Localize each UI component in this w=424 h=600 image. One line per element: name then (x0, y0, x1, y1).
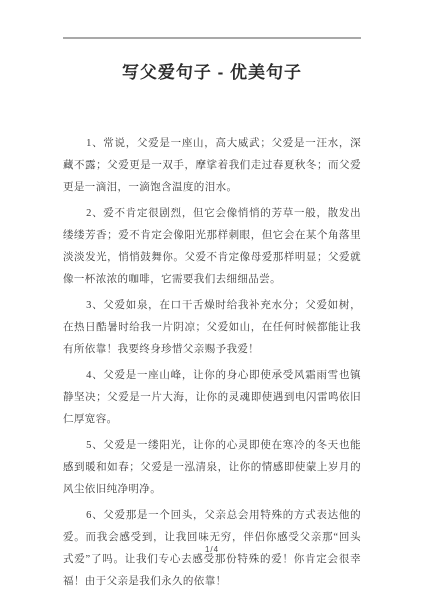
page-title: 写父爱句子 - 优美句子 (40, 60, 384, 86)
paragraph: 3、父爱如泉，在口干舌燥时给我补充水分；父爱如树，在热日酷暑时给我一片阴凉；父爱… (63, 295, 361, 361)
document-page: 写父爱句子 - 优美句子 1、常说，父爱是一座山，高大威武；父爱是一汪水，深藏不… (0, 0, 424, 600)
top-divider (63, 37, 361, 39)
paragraph: 2、爱不肯定很剧烈，但它会像悄悄的芳草一般，散发出缕缕芳香；爱不肯定会像阳光那样… (63, 203, 361, 291)
paragraph: 4、父爱是一座山峰，让你的身心即使承受风霜雨雪也镇静坚决；父爱是一片大海，让你的… (63, 365, 361, 431)
document-body: 1、常说，父爱是一座山，高大威武；父爱是一汪水，深藏不露；父爱更是一双手，摩挲着… (63, 133, 361, 593)
paragraph: 1、常说，父爱是一座山，高大威武；父爱是一汪水，深藏不露；父爱更是一双手，摩挲着… (63, 133, 361, 199)
paragraph: 5、父爱是一缕阳光，让你的心灵即使在寒冷的冬天也能感到暖和如春；父爱是一泓清泉，… (63, 435, 361, 501)
page-number-indicator: 1/4 (0, 545, 424, 554)
